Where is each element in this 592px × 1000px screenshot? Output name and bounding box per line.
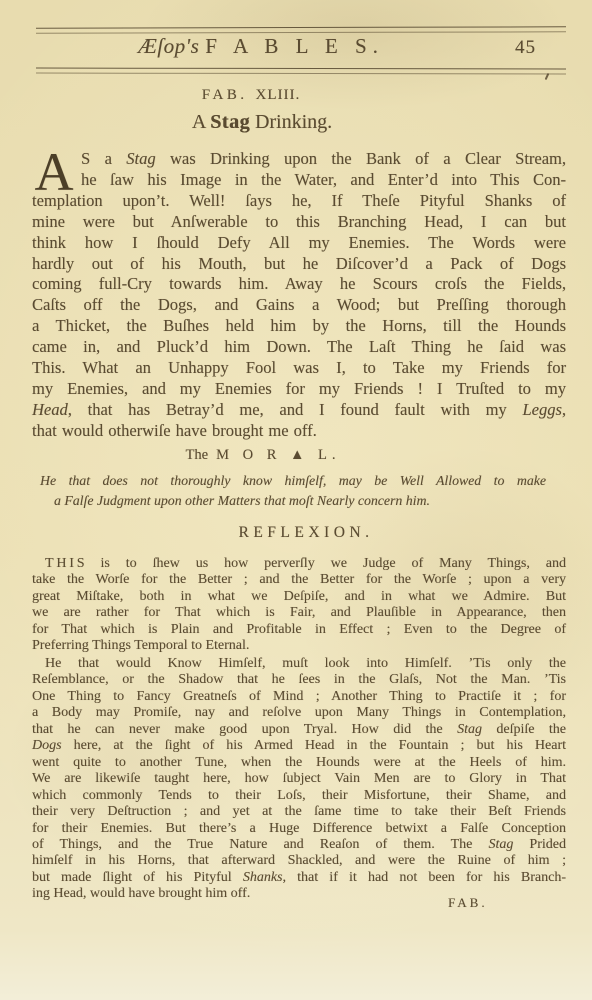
text-line: he ſaw his Image in the Water, and Enter… [32, 170, 566, 191]
text-line: templation upon’t. Well! ſays he, If The… [32, 191, 566, 212]
text-line: This. What an Unhappy Fool was I, to Tak… [32, 358, 566, 379]
text-line: think how I ſhould Defy All my Enemies. … [32, 233, 566, 254]
header-rule-bottom [36, 68, 566, 75]
text-line: we are rather for That which is Fair, an… [32, 605, 566, 621]
moral-heading: TheM O R ▲ L. [0, 447, 592, 464]
text-line: coming full-Cry towards him. Away he Sco… [32, 274, 566, 295]
text-line: mine were but Anſwerable to this Branchi… [32, 212, 566, 233]
moral-heading-the: The [186, 447, 209, 463]
text-line: a Body may Promiſe, nay and reſolve upon… [32, 705, 566, 721]
text-line: take the Worſe for the Better ; and the … [32, 572, 566, 588]
fable-number-fab: FAB. [202, 87, 248, 103]
text-line: great Miſtake, both in what we Deſpiſe, … [32, 589, 566, 605]
catchword: FAB. [448, 895, 488, 911]
fable-number-heading: FAB.XLIII. [0, 87, 592, 104]
book-page: Æſop'sF A B L E S. 45 FAB.XLIII. A Stag … [0, 0, 592, 1000]
text-line: T H I S is to ſhew us how perverſly we J… [32, 556, 566, 572]
text-line: their very Deſtruction ; and yet at the … [32, 804, 566, 820]
book-title-caps: F A B L E S. [205, 34, 384, 58]
fable-title: A Stag Drinking. [0, 111, 592, 134]
moral-heading-caps: M O R ▲ L. [216, 447, 340, 463]
book-title-author: Æſop's [138, 34, 199, 58]
header-rule-top [36, 26, 566, 33]
book-title: Æſop'sF A B L E S. [138, 34, 384, 59]
text-line: but made ſlight of his Pityful Shanks, t… [32, 870, 566, 886]
running-head: Æſop'sF A B L E S. 45 [36, 27, 566, 73]
text-line: Dogs here, at the ſight of his Armed Hea… [32, 738, 566, 754]
moral-text: He that does not thoroughly know himſelf… [40, 471, 546, 510]
text-line: One Thing to Fancy Greatneſs of Mind ; A… [32, 689, 566, 705]
reflexion-heading: REFLEXION. [0, 524, 592, 542]
page-number: 45 [515, 37, 536, 59]
text-line: We are likewiſe taught here, how ſubject… [32, 771, 566, 787]
text-line: Preferring Things Temporal to Eternal. [32, 638, 566, 654]
text-line: hardly out of his Mouth, but he Diſcover… [32, 254, 566, 275]
text-line: Reſemblance, or the Shadow that he ſees … [32, 672, 566, 688]
story-paragraph: A S a Stag was Drinking upon the Bank of… [32, 149, 566, 442]
story-lines: S a Stag was Drinking upon the Bank of a… [32, 149, 566, 442]
text-line: S a Stag was Drinking upon the Bank of a… [32, 149, 566, 170]
fable-title-suffix: Drinking. [250, 111, 332, 133]
text-line: which commonly Tends to their Loſs, thei… [32, 788, 566, 804]
reflexion-paragraph-2: He that would Know Himſelf, muſt look in… [32, 656, 566, 903]
fable-title-prefix: A [192, 111, 210, 133]
text-line: went quite to another Tune, when the Hou… [32, 755, 566, 771]
header-row: Æſop'sF A B L E S. 45 [36, 34, 566, 64]
text-line: that would otherwiſe have brought me off… [32, 421, 566, 442]
reflexion-paragraph-1: T H I S is to ſhew us how perverſly we J… [32, 556, 566, 655]
text-line: came in, and Pluck’d him Down. The Laſt … [32, 337, 566, 358]
text-line: a Falſe Judgment upon other Matters that… [40, 491, 546, 511]
text-line: He that does not thoroughly know himſelf… [40, 471, 546, 491]
text-line: himſelf in his Horns, that afterward Sha… [32, 853, 566, 869]
text-line: my Enemies, and my Enemies for my Friend… [32, 379, 566, 400]
text-line: Head, that has Betray’d me, and I found … [32, 400, 566, 421]
text-line: for their Enemies. But there’s a Huge Di… [32, 821, 566, 837]
text-line: He that would Know Himſelf, muſt look in… [32, 656, 566, 672]
text-line: Caſts off the Dogs, and Gains a Wood; bu… [32, 295, 566, 316]
drop-cap: A [32, 149, 76, 190]
fable-title-stag-blackletter: Stag [210, 111, 250, 133]
text-line: for That which is Plain and Profitable i… [32, 622, 566, 638]
text-line: a Thicket, the Buſhes held him by the Ho… [32, 316, 566, 337]
fable-number-roman: XLIII. [256, 87, 301, 103]
text-line: that he can never make good upon Tryal. … [32, 722, 566, 738]
text-line: of Things, and the True Nature and Reaſo… [32, 837, 566, 853]
reflexion-heading-text: REFLEXION. [239, 524, 374, 542]
